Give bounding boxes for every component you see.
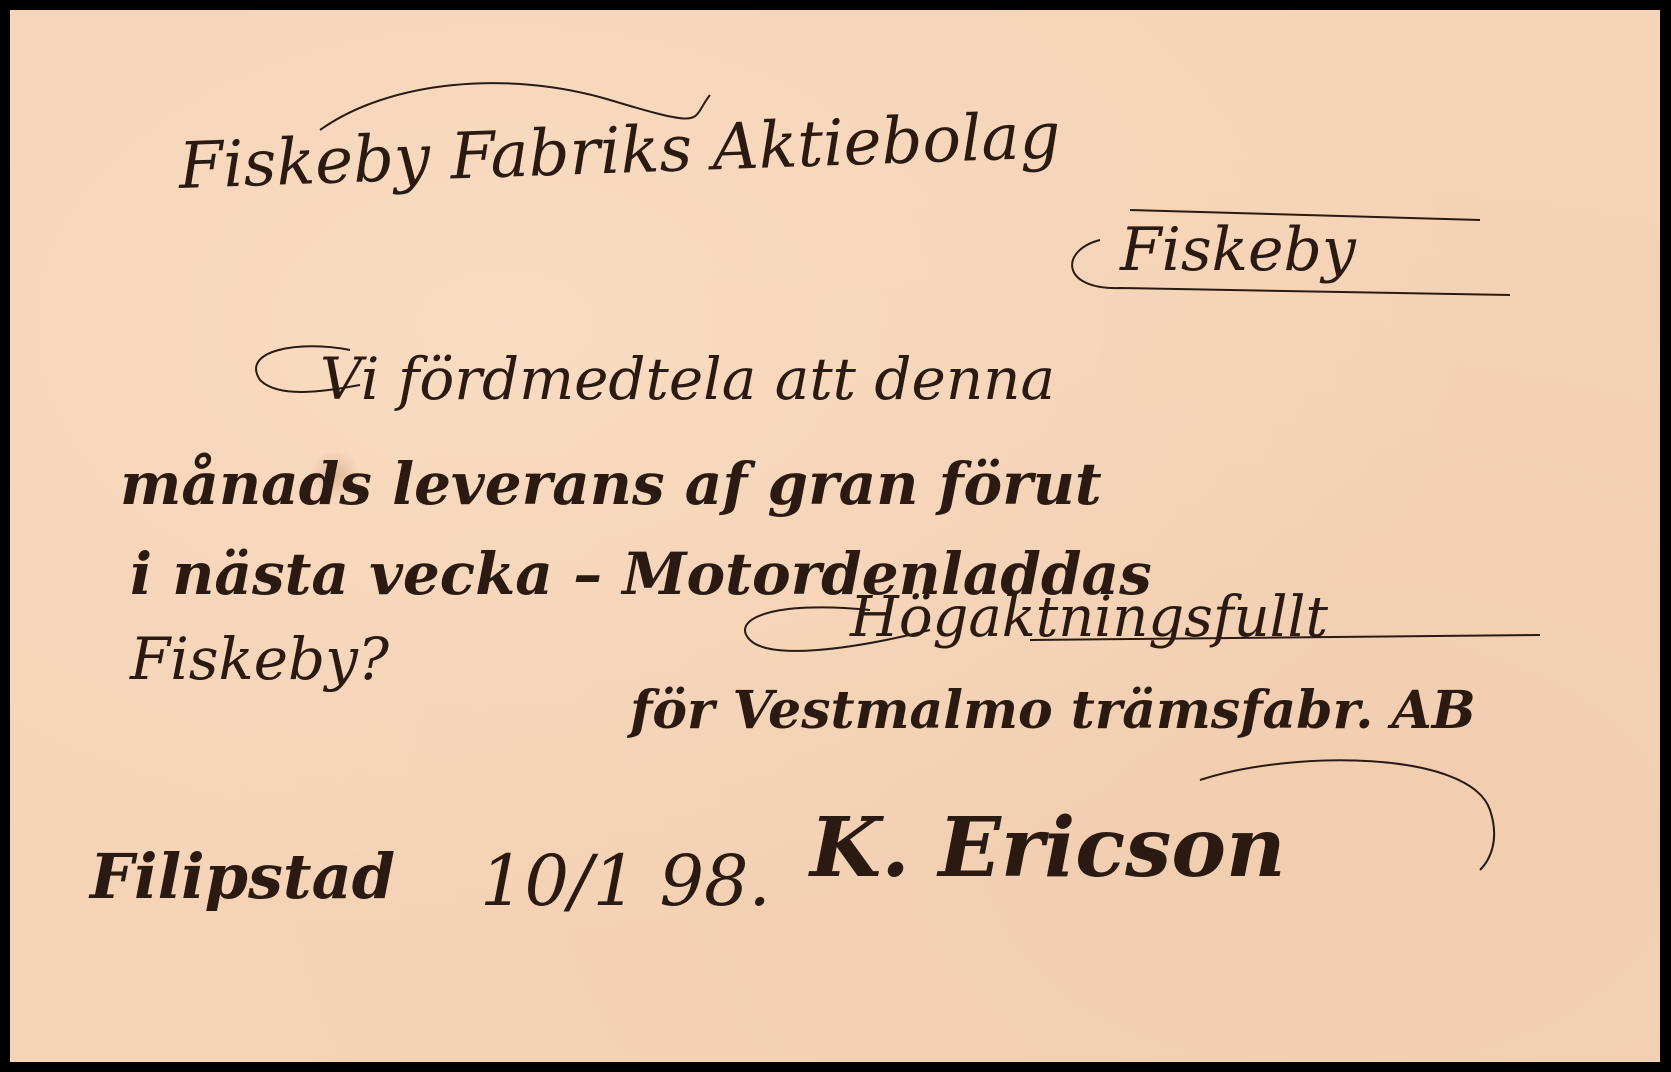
body-line-4: Fiskeby? (130, 625, 389, 693)
date: 10/1 98. (480, 840, 771, 922)
body-line-2: månads leverans af gran förut (120, 450, 1102, 518)
signature: K. Ericson (810, 800, 1286, 896)
place: Filipstad (90, 840, 395, 913)
address-line-2: Fiskeby (1120, 215, 1356, 285)
postcard: Fiskeby Fabriks Aktiebolag Fiskeby Vi fö… (10, 10, 1660, 1062)
body-line-1: Vi fördmedtela att denna (320, 345, 1055, 413)
closing: Högaktningsfullt (850, 585, 1328, 650)
company-line: för Vestmalmo trämsfabr. AB (630, 680, 1476, 741)
